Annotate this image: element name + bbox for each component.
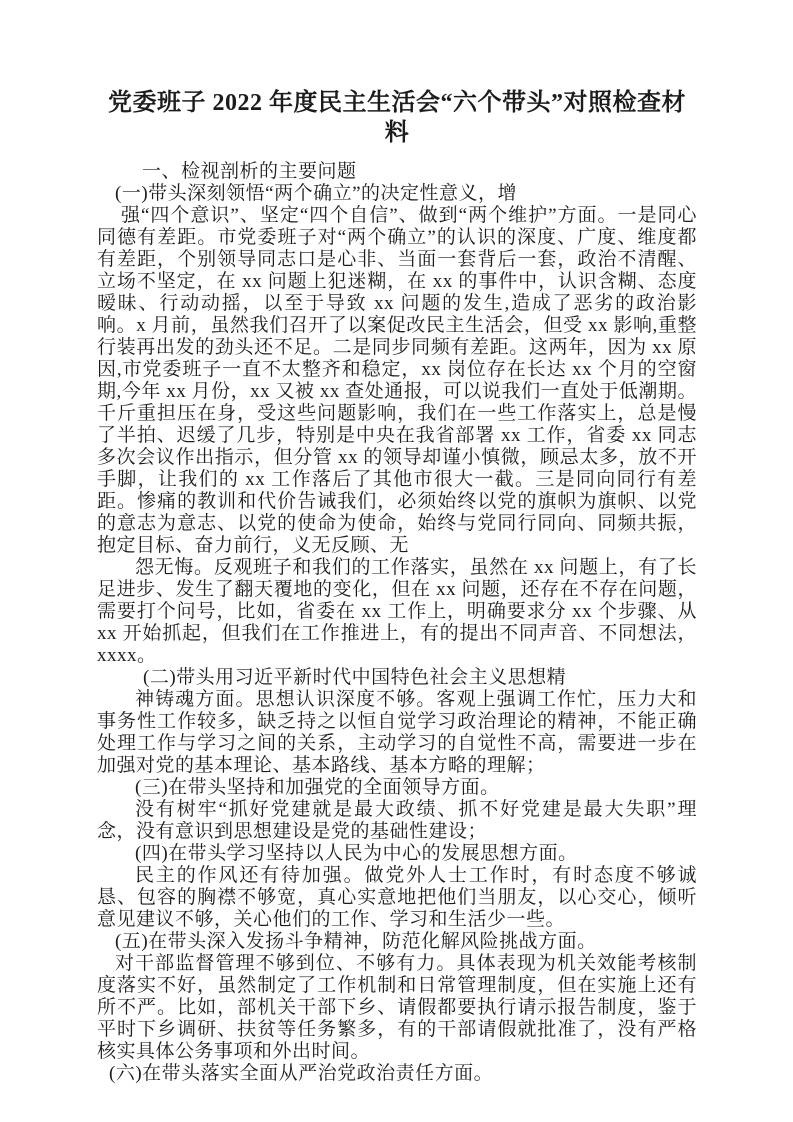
paragraph-item-6: (六)在带头落实全面从严治党政治责任方面。 — [97, 1063, 697, 1085]
paragraph-item-5: (五)在带头深入发扬斗争精神，防范化解风险挑战方面。 — [97, 931, 697, 953]
paragraph-item-5-body: 对干部监督管理不够到位、不够有力。具体表现为机关效能考核制度落实不好，虽然制定了… — [97, 953, 697, 1063]
paragraph-item-2: (二)带头用习近平新时代中国特色社会主义思想精 — [97, 667, 697, 689]
paragraph-item-1-body-cont: 怨无悔。反观班子和我们的工作落实，虽然在 xx 问题上，有了长足进步、发生了翻天… — [97, 557, 697, 667]
paragraph-item-4-body: 民主的作风还有待加强。做党外人士工作时，有时态度不够诚恳、包容的胸襟不够宽，真心… — [97, 865, 697, 931]
paragraph-item-4: (四)在带头学习坚持以人民为中心的发展思想方面。 — [97, 843, 697, 865]
paragraph-item-3: (三)在带头坚持和加强党的全面领导方面。 — [97, 777, 697, 799]
paragraph-item-1-body: 强“四个意识”、坚定“四个自信”、做到“两个维护”方面。一是同心同德有差距。市党… — [97, 205, 697, 557]
paragraph-item-1: (一)带头深刻领悟“两个确立”的决定性意义，增 — [97, 183, 697, 205]
document-page: 党委班子 2022 年度民主生活会“六个带头”对照检查材料 一、检视剖析的主要问… — [0, 0, 793, 1122]
document-title: 党委班子 2022 年度民主生活会“六个带头”对照检查材料 — [97, 88, 697, 148]
section-heading: 一、检视剖析的主要问题 — [97, 161, 697, 183]
paragraph-item-2-body: 神铸魂方面。思想认识深度不够。客观上强调工作忙，压力大和事务性工作较多，缺乏持之… — [97, 689, 697, 777]
paragraph-item-3-body: 没有树牢“抓好党建就是最大政绩、抓不好党建是最大失职”理念，没有意识到思想建设是… — [97, 799, 697, 843]
